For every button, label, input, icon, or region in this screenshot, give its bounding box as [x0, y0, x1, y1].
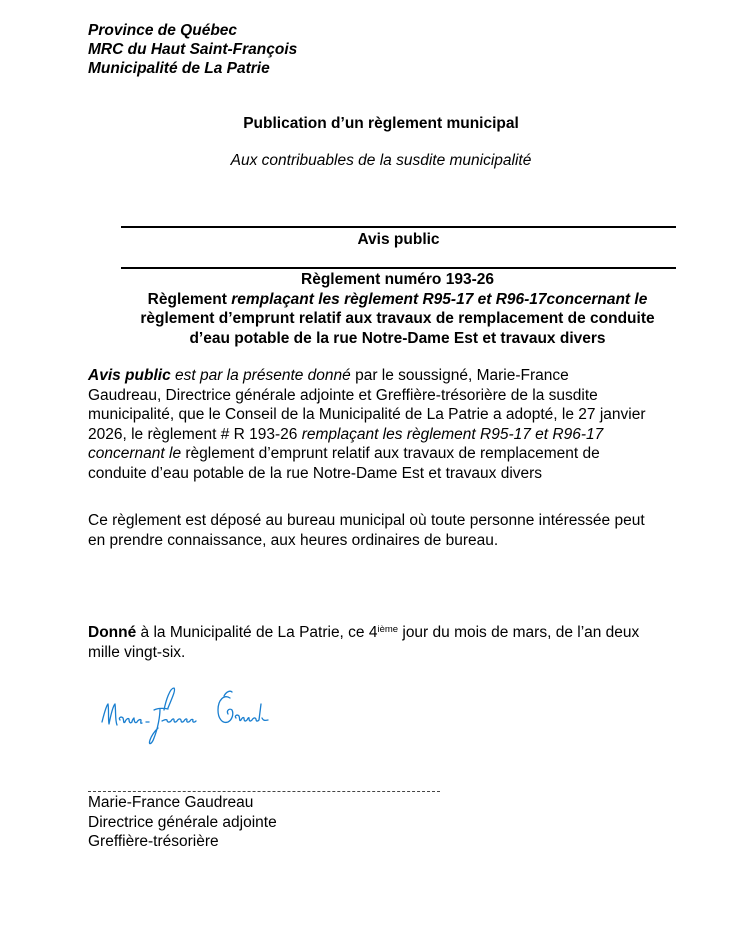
p2-line1: Ce règlement est déposé au bureau munici…: [88, 511, 688, 531]
p1-line5-italic: concernant le: [88, 445, 181, 462]
middle-rule: [121, 267, 676, 269]
municipality-line: Municipalité de La Patrie: [88, 59, 270, 78]
signature-line: [88, 791, 440, 792]
regulation-title-line3: d’eau potable de la rue Notre-Dame Est e…: [80, 329, 715, 349]
regulation-title-line1: Règlement remplaçant les règlement R95-1…: [80, 290, 715, 310]
publication-title: Publication d’un règlement municipal: [4, 114, 754, 134]
p3-line1-text-a: à la Municipalité de La Patrie, ce 4: [136, 624, 377, 641]
p1-line3: municipalité, que le Conseil de la Munic…: [88, 405, 688, 425]
deposit-paragraph: Ce règlement est déposé au bureau munici…: [88, 511, 688, 550]
p1-line4-text: 2026, le règlement # R 193-26: [88, 426, 302, 443]
regulation-title-prefix: Règlement: [148, 291, 232, 308]
signatory-block: Marie-France Gaudreau Directrice général…: [88, 793, 277, 852]
province-line: Province de Québec: [88, 21, 237, 40]
avis-public-emphasis: Avis public: [88, 367, 171, 384]
signatory-name: Marie-France Gaudreau: [88, 793, 277, 813]
p1-line1-text: par le soussigné, Marie-France: [351, 367, 569, 384]
regulation-title-italic: remplaçant les règlement R95-17 et R96-1…: [231, 291, 647, 308]
notice-heading: Avis public: [121, 230, 676, 250]
regulation-block: Règlement numéro 193-26 Règlement rempla…: [80, 270, 715, 348]
regulation-title-line2: règlement d’emprunt relatif aux travaux …: [80, 309, 715, 329]
p1-line4-italic: remplaçant les règlement R95-17 et R96-1…: [302, 426, 604, 443]
ordinal-suffix: ième: [377, 624, 398, 635]
p3-line2: mille vingt-six.: [88, 643, 688, 663]
given-paragraph: Donné à la Municipalité de La Patrie, ce…: [88, 623, 688, 662]
p1-line2: Gaudreau, Directrice générale adjointe e…: [88, 386, 688, 406]
signatory-role: Greffière-trésorière: [88, 832, 277, 852]
p2-line2: en prendre connaissance, aux heures ordi…: [88, 531, 688, 551]
regulation-number: Règlement numéro 193-26: [80, 270, 715, 290]
notice-paragraph: Avis public est par la présente donné pa…: [88, 366, 688, 483]
p1-line6: conduite d’eau potable de la rue Notre-D…: [88, 464, 688, 484]
mrc-line: MRC du Haut Saint-François: [88, 40, 297, 59]
handwritten-signature: [96, 684, 296, 756]
publication-subtitle: Aux contribuables de la susdite municipa…: [4, 151, 754, 171]
given-phrase: est par la présente donné: [171, 367, 351, 384]
p3-line1-text-b: jour du mois de mars, de l’an deux: [398, 624, 639, 641]
p1-line5-text: règlement d’emprunt relatif aux travaux …: [181, 445, 600, 462]
signatory-title: Directrice générale adjointe: [88, 813, 277, 833]
donne-emphasis: Donné: [88, 624, 136, 641]
top-rule: [121, 226, 676, 228]
